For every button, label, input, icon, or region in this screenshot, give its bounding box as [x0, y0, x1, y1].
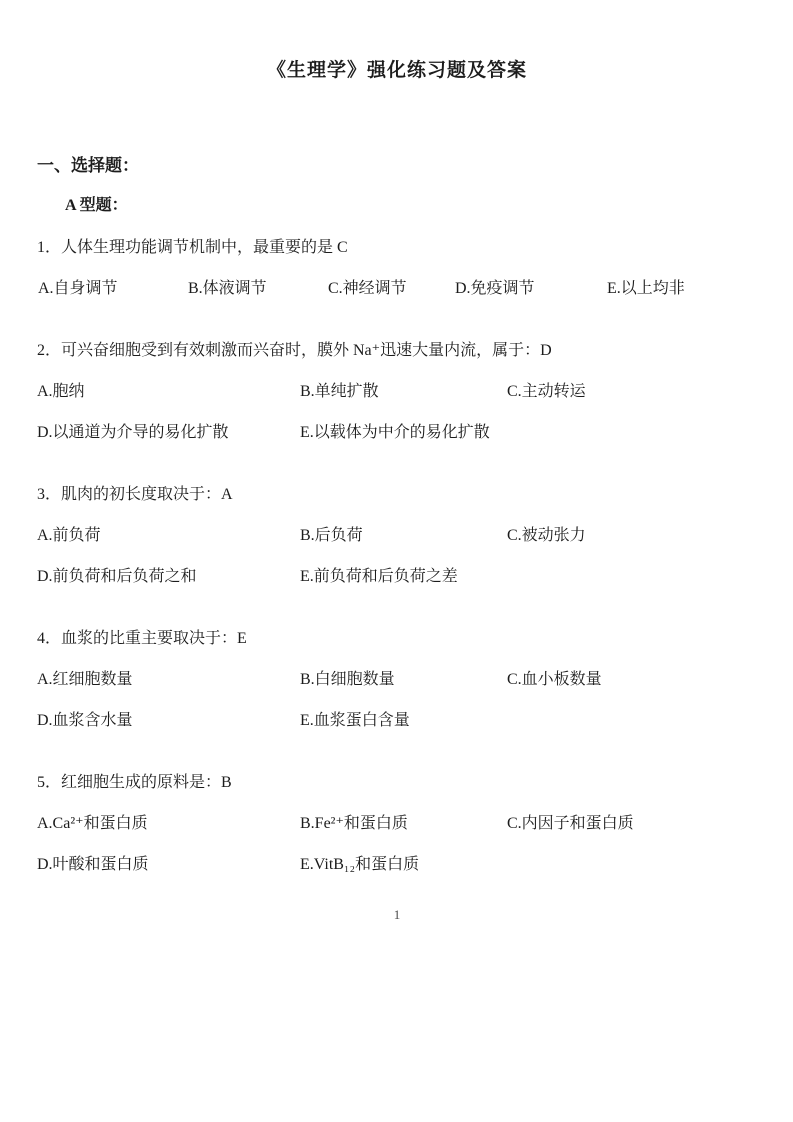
question-4-option-a: A.红细胞数量 [37, 670, 133, 690]
question-2: 2．可兴奋细胞受到有效刺激而兴奋时，膜外 Na⁺迅速大量内流，属于：D A.胞纳… [37, 341, 757, 443]
question-1-option-a: A.自身调节 [38, 279, 118, 299]
question-2-option-e: E.以载体为中介的易化扩散 [300, 423, 490, 443]
question-5-option-d: D.叶酸和蛋白质 [37, 855, 149, 875]
question-2-option-a: A.胞纳 [37, 382, 85, 402]
question-5-option-c: C.内因子和蛋白质 [507, 814, 634, 834]
question-1: 1．人体生理功能调节机制中，最重要的是 C A.自身调节 B.体液调节 C.神经… [37, 238, 757, 299]
question-1-stem: 1．人体生理功能调节机制中，最重要的是 C [37, 238, 757, 258]
question-4-options-row-1: A.红细胞数量 B.白细胞数量 C.血小板数量 [37, 670, 757, 690]
document-page: 《生理学》强化练习题及答案 一、选择题： A 型题： 1．人体生理功能调节机制中… [0, 0, 793, 1122]
question-1-option-e: E.以上均非 [607, 279, 685, 299]
question-3-options-row-1: A.前负荷 B.后负荷 C.被动张力 [37, 526, 757, 546]
question-5-option-a: A.Ca²⁺和蛋白质 [37, 814, 148, 834]
document-title: 《生理学》强化练习题及答案 [37, 58, 757, 84]
question-4-option-b: B.白细胞数量 [300, 670, 395, 690]
subsection-heading: A 型题： [65, 196, 757, 216]
question-3-option-c: C.被动张力 [507, 526, 586, 546]
question-3: 3．肌肉的初长度取决于：A A.前负荷 B.后负荷 C.被动张力 D.前负荷和后… [37, 485, 757, 587]
question-5-options-row-2: D.叶酸和蛋白质 E.VitB₁₂和蛋白质 [37, 855, 757, 875]
question-2-stem: 2．可兴奋细胞受到有效刺激而兴奋时，膜外 Na⁺迅速大量内流，属于：D [37, 341, 757, 361]
question-3-option-a: A.前负荷 [37, 526, 101, 546]
question-5-option-e: E.VitB₁₂和蛋白质 [300, 855, 419, 875]
question-4-option-c: C.血小板数量 [507, 670, 602, 690]
question-4-option-e: E.血浆蛋白含量 [300, 711, 410, 731]
question-5-option-b: B.Fe²⁺和蛋白质 [300, 814, 408, 834]
question-2-options-row-1: A.胞纳 B.单纯扩散 C.主动转运 [37, 382, 757, 402]
question-4-option-d: D.血浆含水量 [37, 711, 133, 731]
question-4-options-row-2: D.血浆含水量 E.血浆蛋白含量 [37, 711, 757, 731]
section-heading: 一、选择题： [37, 155, 757, 177]
question-2-options-row-2: D.以通道为介导的易化扩散 E.以载体为中介的易化扩散 [37, 423, 757, 443]
question-3-option-d: D.前负荷和后负荷之和 [37, 567, 197, 587]
question-5-options-row-1: A.Ca²⁺和蛋白质 B.Fe²⁺和蛋白质 C.内因子和蛋白质 [37, 814, 757, 834]
question-3-stem: 3．肌肉的初长度取决于：A [37, 485, 757, 505]
page-number: 1 [37, 907, 757, 923]
question-2-option-b: B.单纯扩散 [300, 382, 379, 402]
question-3-option-b: B.后负荷 [300, 526, 363, 546]
question-3-options-row-2: D.前负荷和后负荷之和 E.前负荷和后负荷之差 [37, 567, 757, 587]
question-4-stem: 4．血浆的比重主要取决于：E [37, 629, 757, 649]
question-1-option-c: C.神经调节 [328, 279, 407, 299]
question-2-option-c: C.主动转运 [507, 382, 586, 402]
question-1-options: A.自身调节 B.体液调节 C.神经调节 D.免疫调节 E.以上均非 [37, 279, 757, 299]
question-1-option-d: D.免疫调节 [455, 279, 535, 299]
question-1-option-b: B.体液调节 [188, 279, 267, 299]
question-2-option-d: D.以通道为介导的易化扩散 [37, 423, 229, 443]
question-5: 5．红细胞生成的原料是：B A.Ca²⁺和蛋白质 B.Fe²⁺和蛋白质 C.内因… [37, 773, 757, 875]
question-5-stem: 5．红细胞生成的原料是：B [37, 773, 757, 793]
question-4: 4．血浆的比重主要取决于：E A.红细胞数量 B.白细胞数量 C.血小板数量 D… [37, 629, 757, 731]
question-3-option-e: E.前负荷和后负荷之差 [300, 567, 458, 587]
